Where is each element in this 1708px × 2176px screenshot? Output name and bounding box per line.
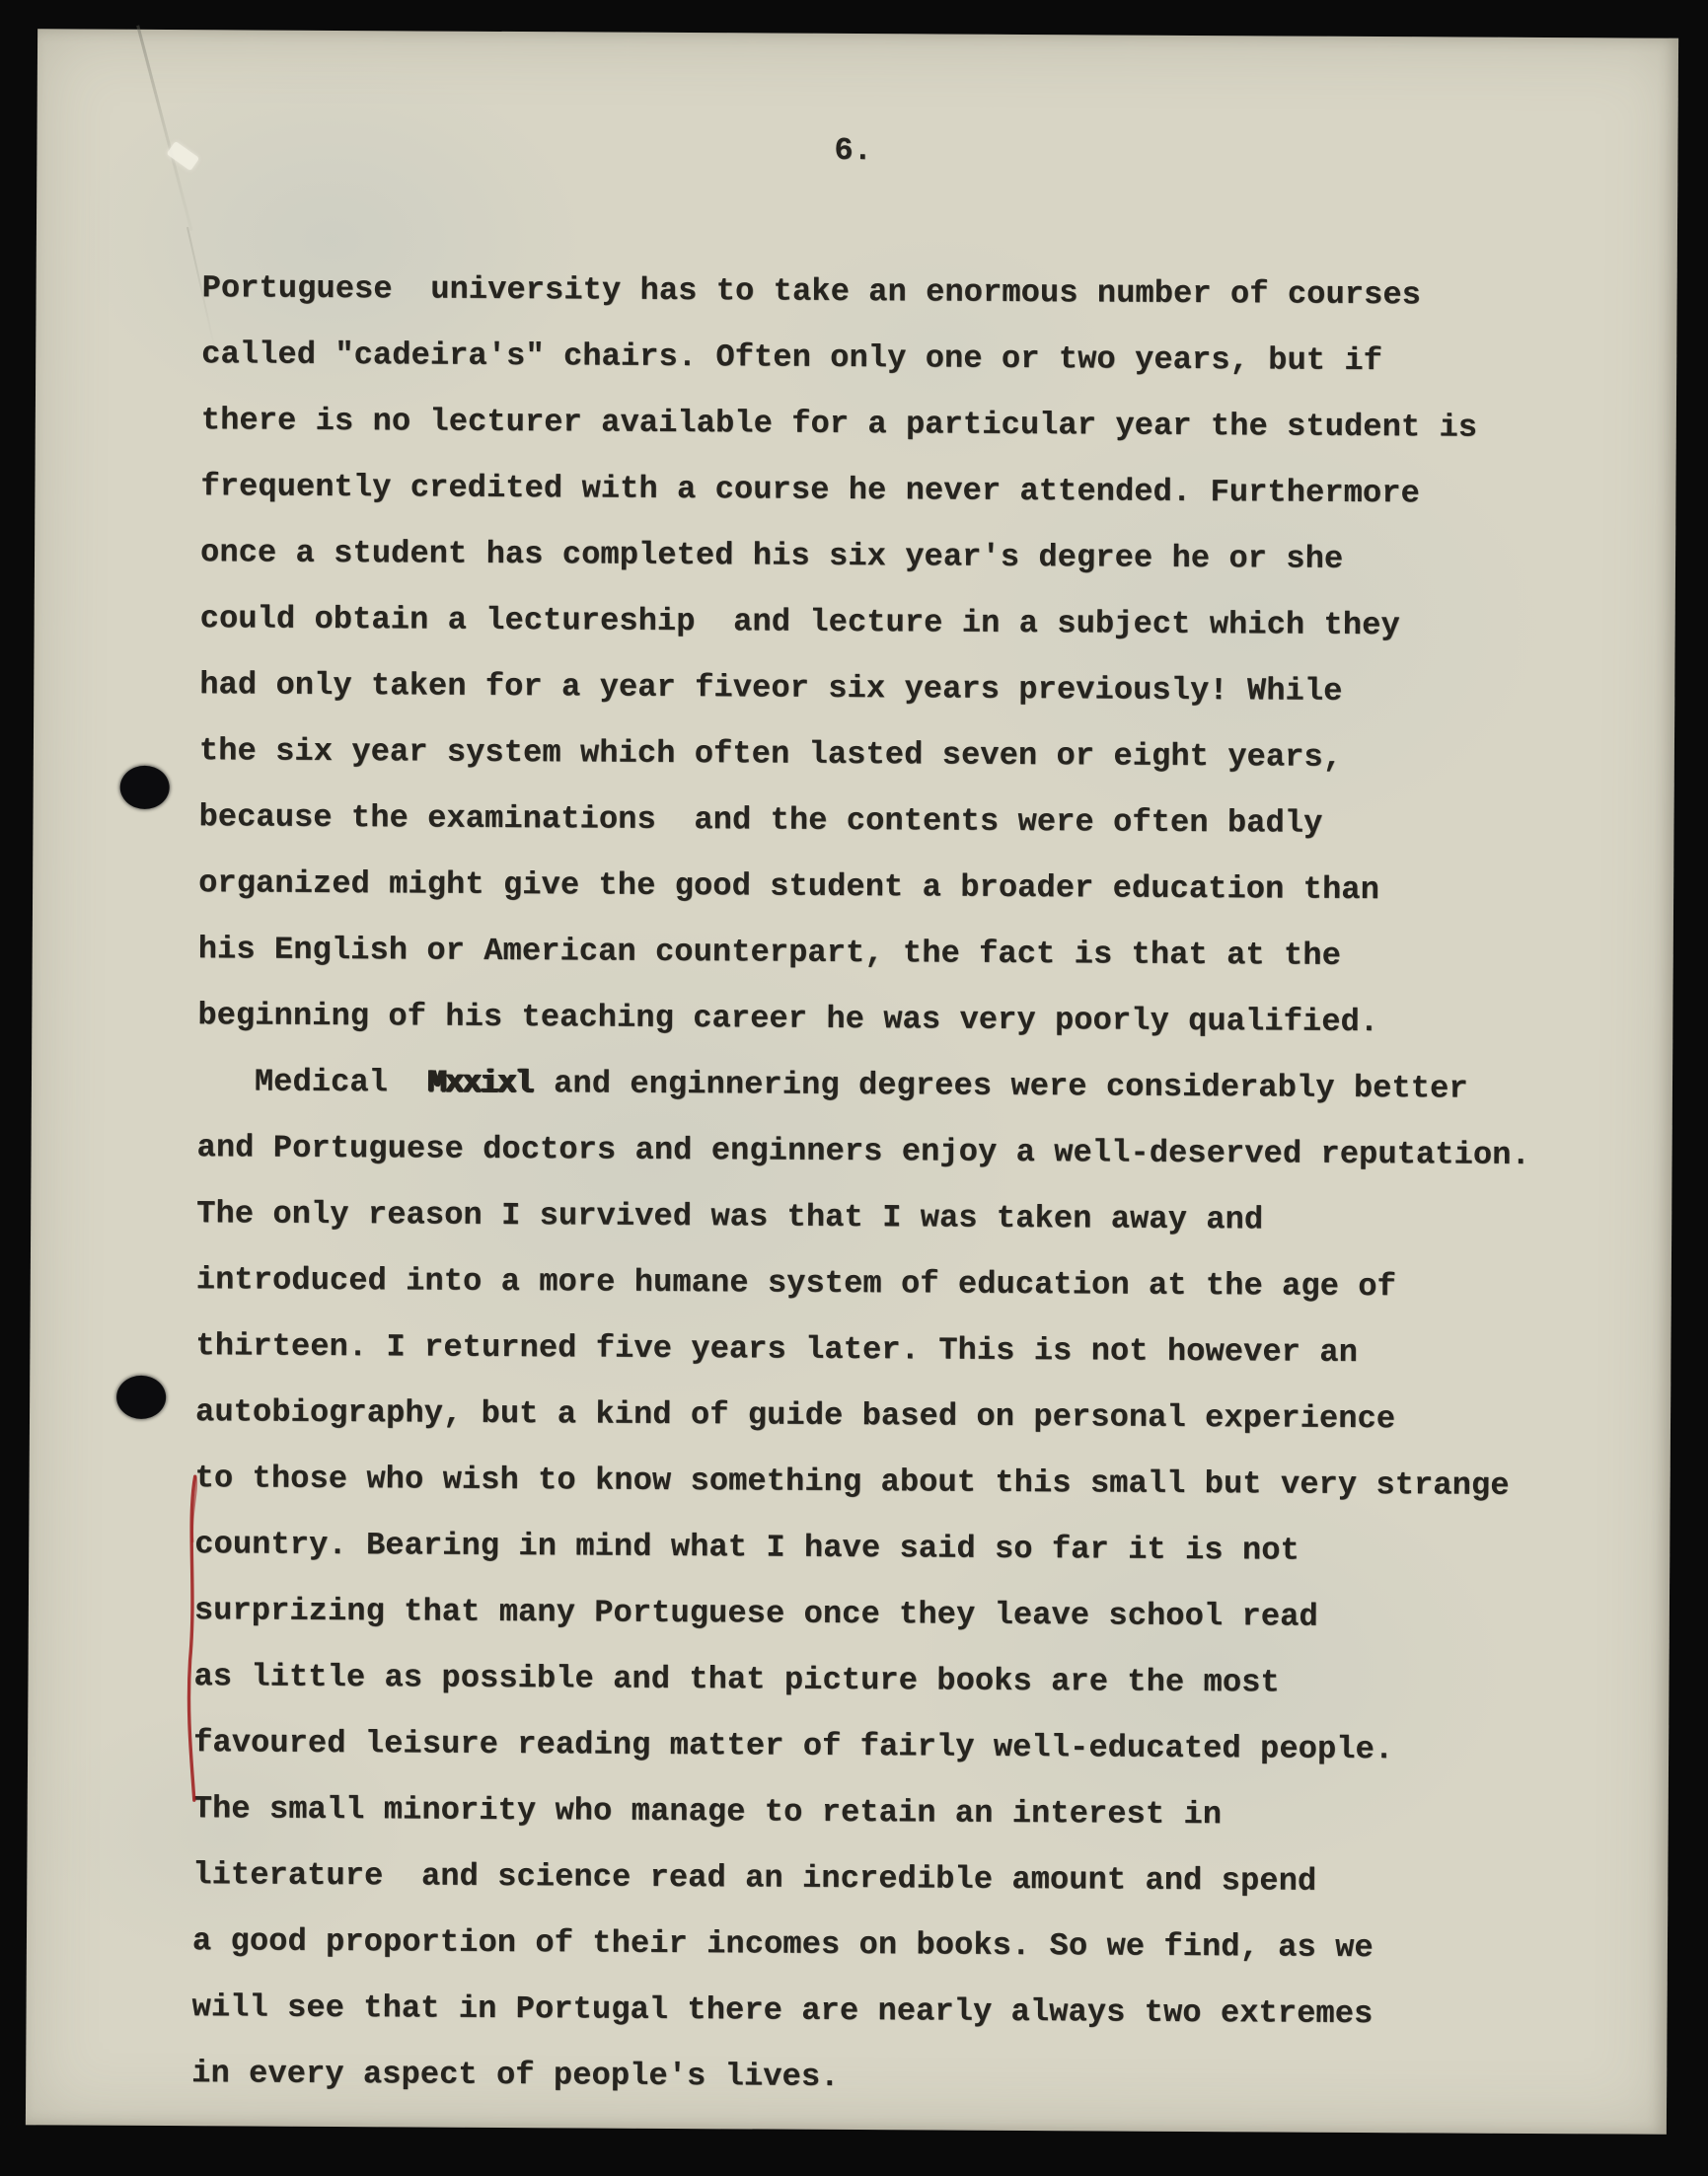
- text-line: there is no lecturer available for a par…: [201, 387, 1642, 461]
- text-line: and Portuguese doctors and enginners enj…: [196, 1114, 1637, 1188]
- text-line: surprizing that many Portuguese once the…: [194, 1577, 1635, 1651]
- text-line: organized might give the good student a …: [198, 850, 1639, 924]
- text-line: literature and science read an incredibl…: [192, 1841, 1633, 1915]
- text-segment: Medical: [197, 1063, 426, 1100]
- red-margin-line: [182, 1472, 207, 1804]
- text-line: country. Bearing in mind what I have sai…: [194, 1511, 1635, 1585]
- text-block: Portuguese university has to take an eno…: [191, 255, 1643, 2114]
- text-line: had only taken for a year fiveor six yea…: [199, 651, 1640, 725]
- text-line: The small minority who manage to retain …: [193, 1775, 1634, 1849]
- page-background: { "document": { "page_number": "6.", "li…: [0, 0, 1708, 2176]
- text-line: the six year system which often lasted s…: [199, 717, 1640, 791]
- overstrike-word: Mxxixl: [426, 1065, 535, 1102]
- paper-crease-mark: [136, 25, 192, 231]
- text-line: thirteen. I returned five years later. T…: [195, 1313, 1636, 1387]
- text-line: autobiography, but a kind of guide based…: [195, 1379, 1636, 1453]
- text-line: Portuguese university has to take an eno…: [201, 255, 1642, 329]
- text-line: because the examinations and the content…: [198, 784, 1639, 858]
- text-line: to those who wish to know something abou…: [194, 1445, 1635, 1519]
- text-line: The only reason I survived was that I wa…: [196, 1180, 1637, 1254]
- text-line: in every aspect of people's lives.: [191, 2040, 1632, 2114]
- text-line: once a student has completed his six yea…: [200, 519, 1641, 593]
- text-line: favoured leisure reading matter of fairl…: [193, 1709, 1634, 1783]
- text-line: called "cadeira's" chairs. Often only on…: [201, 321, 1642, 395]
- text-line: will see that in Portugal there are near…: [191, 1974, 1632, 2048]
- typewritten-page: 6. Portuguese university has to take an …: [26, 29, 1678, 2135]
- text-line: beginning of his teaching career he was …: [197, 982, 1638, 1056]
- text-line: his English or American counterpart, the…: [198, 916, 1639, 990]
- text-line: Medical Mxxixl and enginnering degrees w…: [197, 1048, 1638, 1122]
- text-line: frequently credited with a course he nev…: [200, 453, 1641, 527]
- page-number: 6.: [834, 132, 872, 169]
- text-line: could obtain a lectureship and lecture i…: [199, 585, 1640, 659]
- text-line: as little as possible and that picture b…: [193, 1643, 1634, 1717]
- text-line: a good proportion of their incomes on bo…: [192, 1908, 1633, 1982]
- paper-crease-highlight: [167, 141, 200, 171]
- text-line: introduced into a more humane system of …: [196, 1246, 1637, 1320]
- punch-hole-bottom: [116, 1376, 166, 1419]
- text-segment: and enginnering degrees were considerabl…: [535, 1065, 1468, 1106]
- punch-hole-top: [120, 766, 170, 809]
